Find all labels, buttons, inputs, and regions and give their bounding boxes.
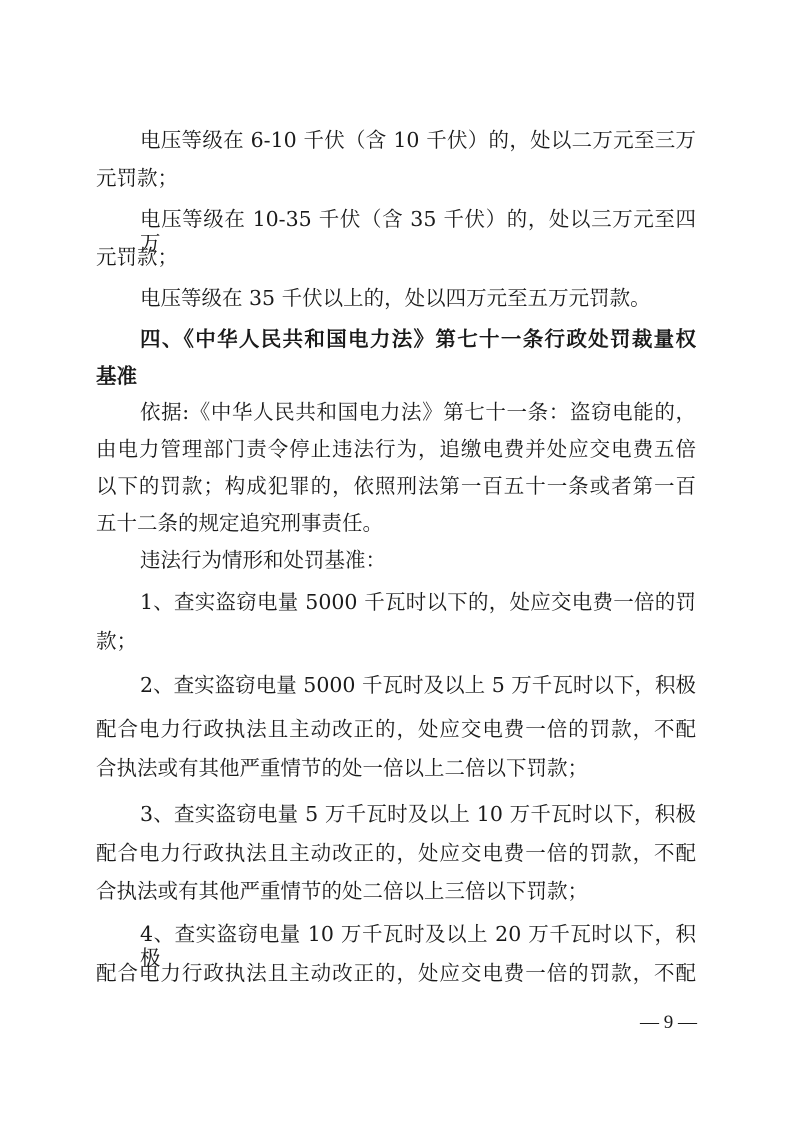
text-line: 1、查实盗窃电量 5000 千瓦时以下的，处应交电费一倍的罚 bbox=[140, 590, 696, 614]
text-line: 配合电力行政执法且主动改正的，处应交电费一倍的罚款，不配 bbox=[96, 961, 696, 985]
text-line: 4、查实盗窃电量 10 万千瓦时及以上 20 万千瓦时以下，积极 bbox=[140, 922, 696, 946]
text-line: 合执法或有其他严重情节的处一倍以上二倍以下罚款； bbox=[96, 756, 696, 780]
text-line: 五十二条的规定追究刑事责任。 bbox=[96, 511, 696, 535]
text-line: 合执法或有其他严重情节的处二倍以上三倍以下罚款； bbox=[96, 879, 696, 903]
text-line: 电压等级在 10-35 千伏（含 35 千伏）的，处以三万元至四万 bbox=[140, 207, 696, 231]
page-number: — 9 — bbox=[640, 1012, 697, 1034]
text-line: 款； bbox=[96, 629, 696, 653]
text-line: 违法行为情形和处罚基准： bbox=[140, 548, 696, 572]
text-line: 元罚款； bbox=[96, 245, 696, 269]
section-heading-line: 基准 bbox=[96, 364, 696, 388]
text-line: 配合电力行政执法且主动改正的，处应交电费一倍的罚款，不配 bbox=[96, 717, 696, 741]
text-line: 由电力管理部门责令停止违法行为，追缴电费并处应交电费五倍 bbox=[96, 437, 696, 461]
text-line: 依据:《中华人民共和国电力法》第七十一条：盗窃电能的， bbox=[140, 400, 696, 424]
document-page: 电压等级在 6-10 千伏（含 10 千伏）的，处以二万元至三万元罚款；电压等级… bbox=[0, 0, 793, 1122]
section-heading-line: 四、《中华人民共和国电力法》第七十一条行政处罚裁量权 bbox=[140, 327, 696, 351]
text-line: 2、查实盗窃电量 5000 千瓦时及以上 5 万千瓦时以下，积极 bbox=[140, 673, 696, 697]
text-line: 3、查实盗窃电量 5 万千瓦时及以上 10 万千瓦时以下，积极 bbox=[140, 802, 696, 826]
text-line: 元罚款； bbox=[96, 166, 696, 190]
text-line: 电压等级在 6-10 千伏（含 10 千伏）的，处以二万元至三万 bbox=[140, 128, 696, 152]
text-line: 电压等级在 35 千伏以上的，处以四万元至五万元罚款。 bbox=[140, 286, 696, 310]
text-line: 配合电力行政执法且主动改正的，处应交电费一倍的罚款，不配 bbox=[96, 841, 696, 865]
text-line: 以下的罚款；构成犯罪的，依照刑法第一百五十一条或者第一百 bbox=[96, 474, 696, 498]
